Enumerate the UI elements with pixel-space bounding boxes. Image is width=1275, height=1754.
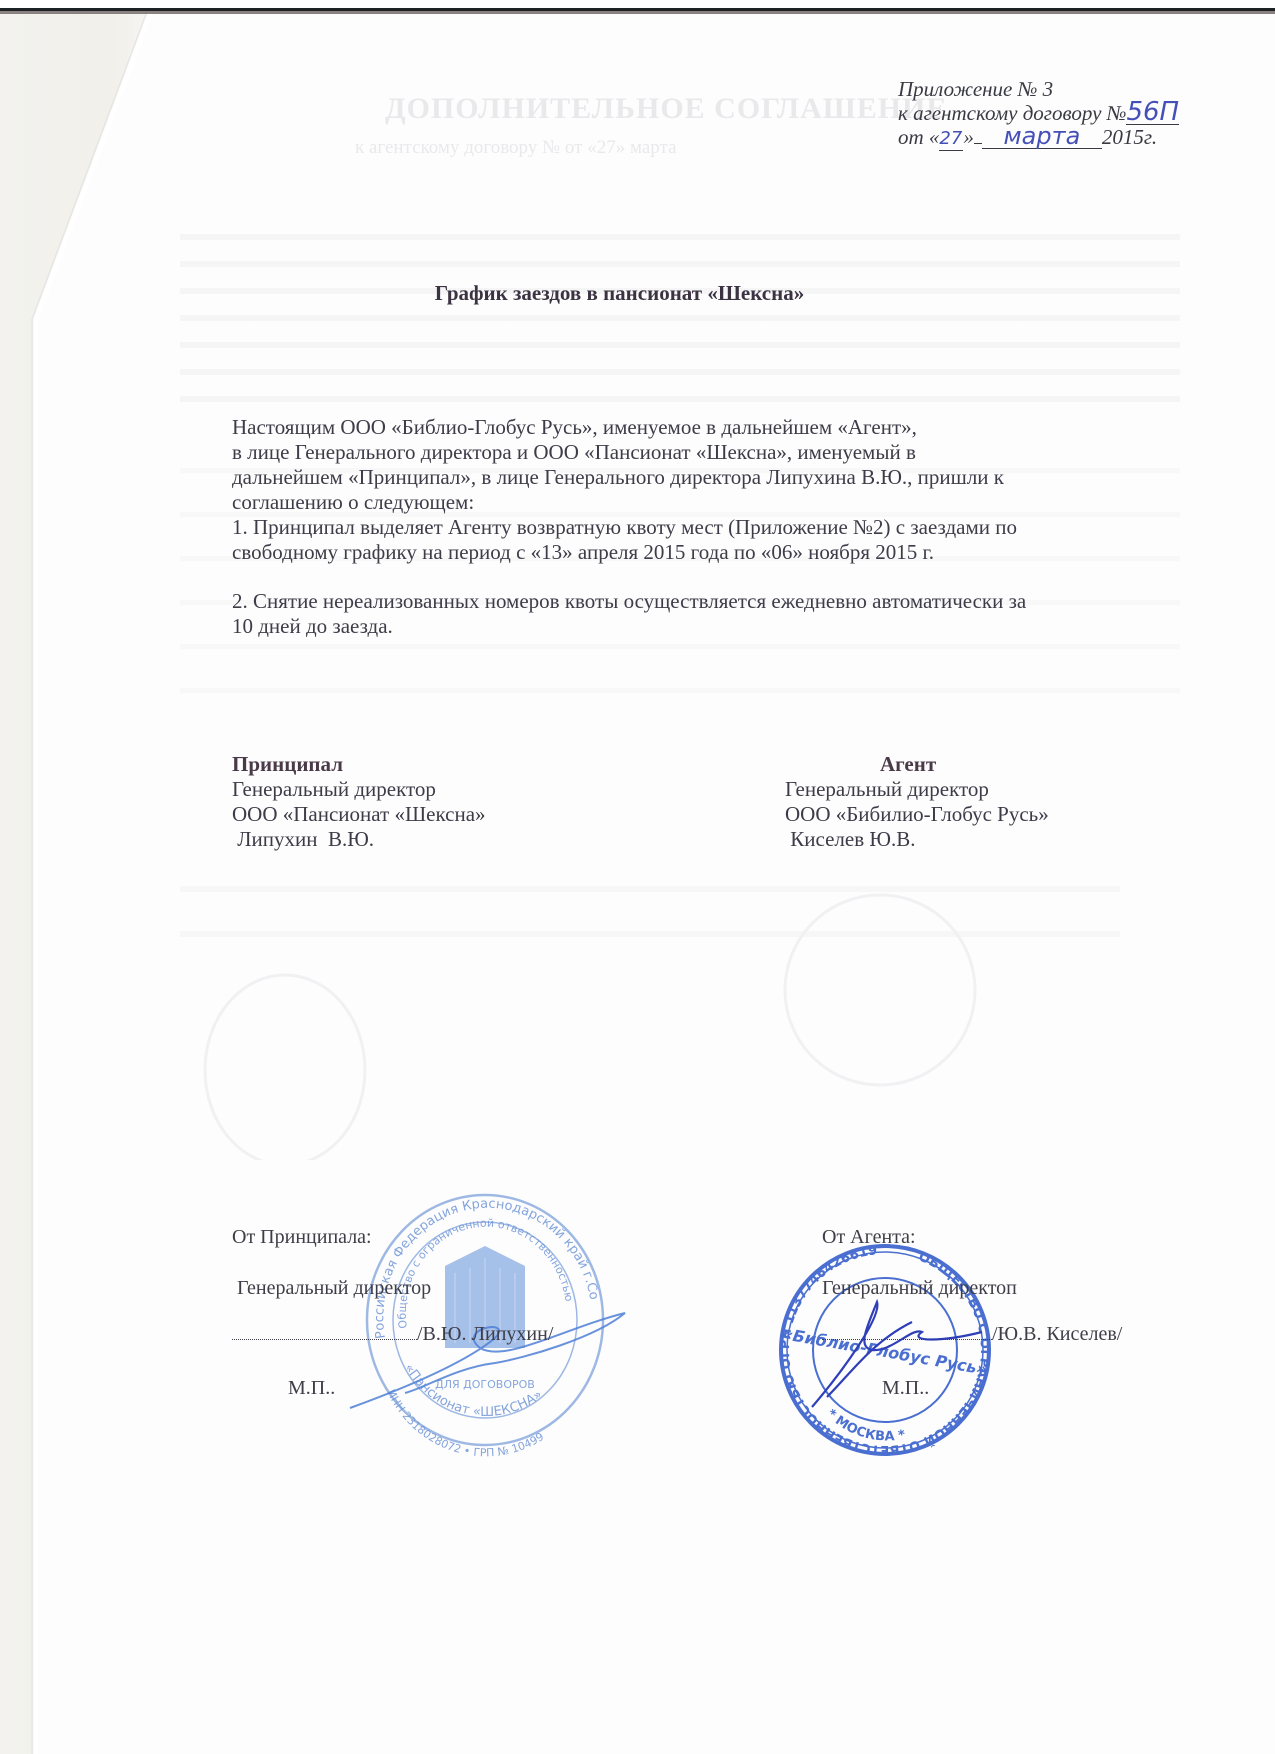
signature-line: [232, 1338, 417, 1340]
agent-signer: /Ю.В. Киселев/: [992, 1323, 1122, 1345]
clause-1-line: свободному графику на период с «13» апре…: [232, 540, 1132, 565]
clause-1-line: 1. Принципал выделяет Агенту возвратную …: [232, 515, 1132, 540]
intro-line: в лице Генерального директора и ООО «Пан…: [232, 440, 1132, 465]
agent-heading: Агент: [785, 752, 1049, 777]
intro-line: дальнейшем «Принципал», в лице Генеральн…: [232, 465, 1132, 490]
svg-text:Общество с ограниченной ответс: Общество с ограниченной ответственностью: [396, 1217, 576, 1330]
handwritten-month: марта: [982, 125, 1102, 149]
bleedthrough-subtitle: к агентскому договору № от «27» марта: [355, 137, 677, 159]
agreement-body: Настоящим ООО «Библио-Глобус Русь», имен…: [232, 415, 1132, 639]
bleedthrough-paragraph: [180, 222, 1180, 402]
agent-signature-label: От Агента:: [822, 1225, 916, 1249]
clause-2-line: 10 дней до заезда.: [232, 614, 1132, 639]
principal-party-block: Принципал Генеральный директор ООО «Панс…: [232, 752, 486, 852]
document-title: График заездов в пансионат «Шексна»: [0, 281, 1275, 306]
principal-heading: Принципал: [232, 752, 486, 777]
agent-position: Генеральный директор: [785, 777, 1049, 802]
appendix-header: Приложение № 3 к агентскому договору №56…: [898, 78, 1179, 151]
principal-signature-line: /В.Ю. Липухин/: [232, 1322, 553, 1346]
svg-text:ДЛЯ ДОГОВОРОВ: ДЛЯ ДОГОВОРОВ: [435, 1378, 535, 1391]
agent-signature-line: /Ю.В. Киселев/: [822, 1322, 1122, 1346]
svg-text:* МОСКВА *: * МОСКВА *: [823, 1407, 906, 1445]
scan-edge: [0, 0, 1275, 14]
agent-company: ООО «Бибилио-Глобус Русь»: [785, 802, 1049, 827]
appendix-date: от «27»марта2015г.: [898, 125, 1179, 151]
principal-company: ООО «Пансионат «Шексна»: [232, 802, 486, 827]
intro-line: соглашению о следующем:: [232, 490, 1132, 515]
bleedthrough-signatures: [180, 878, 1120, 968]
principal-name: Липухин В.Ю.: [232, 827, 486, 852]
handwritten-contract-number: 56П: [1126, 101, 1179, 125]
svg-text:Российская Федерация Краснодар: Российская Федерация Краснодарский край …: [345, 1188, 601, 1340]
principal-signer: /В.Ю. Липухин/: [417, 1323, 553, 1345]
principal-position: Генеральный директор: [232, 777, 486, 802]
agent-stamp: ОБЩЕСТВО С ОГРАНИЧЕННОЙ ОТВЕТСТВЕННОСТЬЮ…: [772, 1232, 1002, 1462]
principal-signature-label: От Принципала:: [232, 1225, 372, 1249]
intro-line: Настоящим ООО «Библио-Глобус Русь», имен…: [232, 415, 1132, 440]
svg-text:«Пансионат «ШЕКСНА»: «Пансионат «ШЕКСНА»: [401, 1361, 545, 1420]
clause-2-line: 2. Снятие нереализованных номеров квоты …: [232, 589, 1132, 614]
agent-name: Киселев Ю.В.: [785, 827, 1049, 852]
bleedthrough-title: ДОПОЛНИТЕЛЬНОЕ СОГЛАШЕНИЕ: [385, 92, 947, 126]
agent-signature-position: Генеральный директоп: [822, 1276, 1017, 1300]
handwritten-day: 27: [939, 127, 963, 151]
bleedthrough-stamp-left: [175, 960, 475, 1160]
principal-seal-mark: М.П..: [288, 1376, 335, 1400]
svg-text:ИНН 2318028072 • ГРП № 10499: ИНН 2318028072 • ГРП № 10499: [384, 1387, 546, 1458]
principal-signature-position: Генеральный директор: [232, 1276, 431, 1300]
signature-line: [822, 1338, 992, 1340]
agent-party-block: Агент Генеральный директор ООО «Бибилио-…: [785, 752, 1049, 852]
scanner-fold-shadow: [0, 14, 160, 1754]
agent-seal-mark: М.П..: [882, 1376, 929, 1400]
